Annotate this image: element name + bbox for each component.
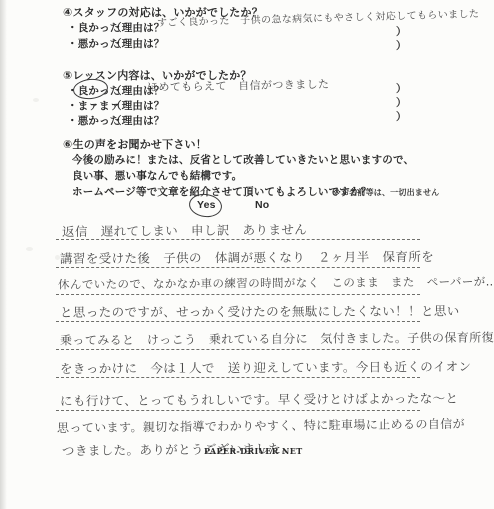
message-line: にも行けて、とってもうれしいです。早く受けとけばよかったな～と xyxy=(60,389,459,410)
dashed-rule xyxy=(56,294,420,295)
dashed-rule xyxy=(56,321,420,322)
dashed-rule xyxy=(56,410,420,411)
close-paren: ） xyxy=(396,81,407,96)
q6-intro-line2: 良い事、悪い事なんでも結構です。 xyxy=(72,168,242,183)
yes-label: Yes xyxy=(197,199,216,211)
scanned-questionnaire-page: ④スタッフの対応は、いかがでしたか？ ・良かった （理由は？ すごく良かった 子… xyxy=(0,0,494,509)
paper-driver-net-watermark: PAPER-DRIVER NET xyxy=(204,446,303,456)
message-line: と思ったのですが、せっかく受けたのを無駄にしたくない！！と思い xyxy=(60,301,460,320)
q4-option-bad-reason-prompt: （理由は？ xyxy=(111,36,165,51)
close-paren: ） xyxy=(396,95,407,110)
q6-homepage-question: ホームページ等で文章を紹介させて頂いてもよろしいですか？ xyxy=(72,184,371,199)
dashed-rule xyxy=(56,377,420,378)
close-paren: ） xyxy=(396,109,407,124)
q5-option-soso-reason-prompt: （理由は？ xyxy=(111,98,165,113)
dashed-rule xyxy=(56,349,420,350)
scan-smudge xyxy=(26,247,33,251)
q5-option-bad-reason-prompt: （理由は？ xyxy=(111,113,165,128)
message-line: をきっかけに 今は１人で 送り迎えしています。今日も近くのイオン xyxy=(60,357,472,377)
no-label: No xyxy=(255,199,269,211)
scan-edge-artifact xyxy=(0,0,7,509)
message-line: 休んでいたので、なかなか車の練習の時間がなく このまま また ペーパーが… xyxy=(58,273,494,292)
message-line: 乗ってみると けっこう 乗れている自分に 気付きました。子供の保育所復帰 xyxy=(60,328,494,348)
q5-good-handwritten-answer: ほめてもらえて 自信がつきました xyxy=(147,76,330,95)
message-line: 返信 遅れてしまい 申し訳 ありません xyxy=(62,220,307,240)
message-line: 講習を受けた後 子供の 体調が悪くなり ２ヶ月半 保育所を xyxy=(60,247,434,267)
dashed-rule xyxy=(56,239,420,240)
q6-intro-line1: 今後の励みに！または、反省として改善していきたいと思いますので、 xyxy=(72,152,414,167)
close-paren: ） xyxy=(396,24,407,39)
scan-smudge xyxy=(33,98,39,102)
close-paren: ） xyxy=(396,38,407,53)
message-line: 思っています。親切な指導でわかりやすく、特に駐車場に止めるの自信が xyxy=(57,415,465,436)
privacy-note: ※お名前等は、一切出ません xyxy=(333,187,439,198)
question6-title: ⑥生の声をお聞かせ下さい！ xyxy=(63,136,207,152)
dashed-rule xyxy=(56,267,420,268)
